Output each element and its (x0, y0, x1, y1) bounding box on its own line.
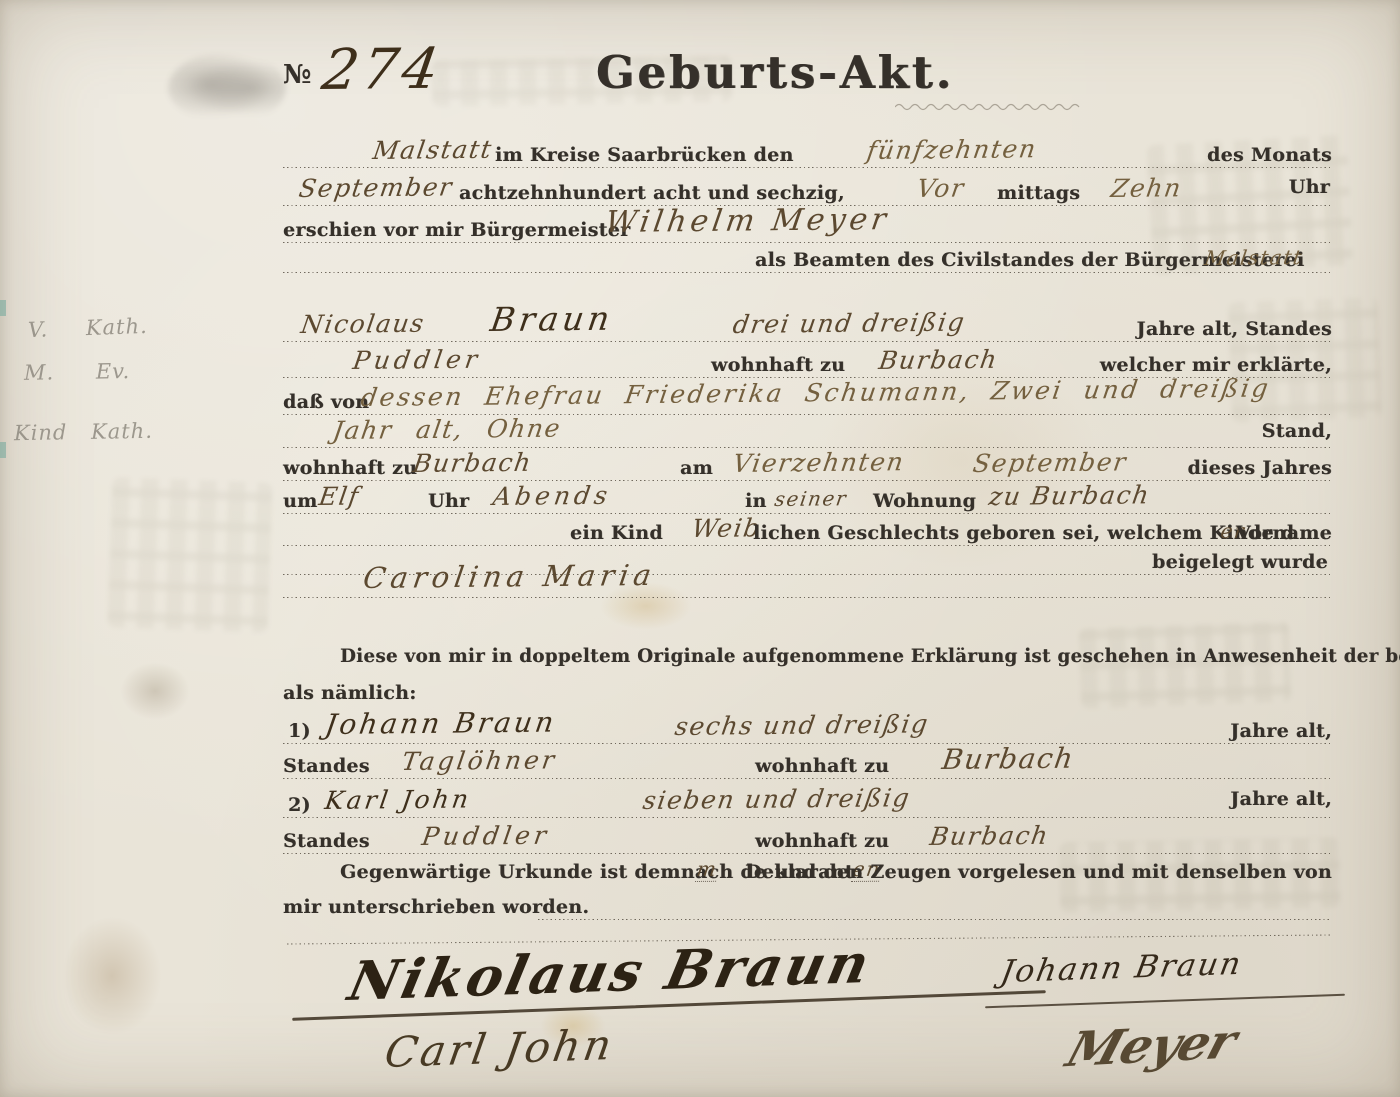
birth-line-1: wohnhaft zu Burbach am Vierzehnten Septe… (283, 449, 1332, 481)
closing-text-4: mir unterschrieben worden. (283, 896, 589, 918)
field-dwelling-place: zu Burbach (987, 480, 1152, 511)
label-wohnung: Wohnung (873, 490, 976, 512)
label-wohnhaft-zu-2: wohnhaft zu (283, 457, 417, 479)
field-witness2-residence: Burbach (928, 821, 1051, 851)
declarant-line-2: Puddler wohnhaft zu Burbach welcher mir … (283, 343, 1332, 378)
field-declarant-occupation: Puddler (351, 345, 483, 375)
dotted-rule (283, 512, 1332, 514)
child-sex-line: ein Kind Weib lichen Geschlechts geboren… (283, 515, 1332, 546)
dotted-rule (283, 340, 1332, 342)
field-birth-month: September (971, 447, 1129, 478)
field-witness2-name: Karl John (323, 784, 473, 815)
label-geschlechts: lichen Geschlechts geboren sei, welchem … (753, 522, 1294, 544)
label-dieses-jahres: dieses Jahres (1188, 457, 1333, 479)
label-mittags: mittags (997, 182, 1080, 204)
label-uhr: Uhr (1289, 176, 1330, 198)
witness1-number: 1) (288, 720, 311, 742)
label-erschien: erschien vor mir Bürgermeister (283, 219, 630, 241)
label-stand: Stand, (1262, 420, 1332, 442)
signature2-underline-stroke (985, 994, 1345, 1009)
stain-left (120, 662, 190, 720)
child-name-line: Carolina Maria (283, 570, 1332, 598)
field-witness1-residence: Burbach (940, 742, 1077, 776)
dotted-rule (283, 271, 1332, 273)
birth-line-2: um Elf Uhr Abends in seiner Wohnung zu B… (283, 482, 1332, 514)
label-am: am (680, 457, 713, 479)
closing-line-2: mir unterschrieben worden. (283, 889, 1332, 920)
label-wohnhaft-w1: wohnhaft zu (755, 755, 889, 777)
dotted-rule (283, 816, 1332, 818)
field-declarant-first-name: Nicolaus (299, 309, 427, 339)
dotted-rule (283, 596, 1332, 598)
field-witness1-name: Johann Braun (323, 706, 559, 741)
dotted-rule (283, 241, 1332, 243)
witness1-line-2: Standes Taglöhner wohnhaft zu Burbach (283, 745, 1332, 779)
opening-line-3: erschien vor mir Bürgermeister Wilhelm M… (283, 210, 1332, 243)
label-standes-w1: Standes (283, 755, 370, 777)
dotted-rule (283, 742, 1332, 744)
witness-intro-line-1: Diese von mir in doppeltem Originale auf… (283, 641, 1332, 669)
title-underline-squiggle (895, 102, 1085, 112)
dotted-rule (283, 479, 1332, 481)
signature-official: Meyer (1060, 1014, 1243, 1078)
label-wohnhaft-w2: wohnhaft zu (755, 830, 889, 852)
field-mother-name-age: dessen Ehefrau Friederika Schumann, Zwei… (359, 373, 1273, 412)
field-witness1-age: sechs und dreißig (673, 709, 931, 741)
opening-line-2: September achtzehnhundert acht und sechz… (283, 174, 1332, 206)
field-mother-age-stand: Jahr alt, Ohne (331, 414, 563, 445)
dotted-rule (283, 166, 1332, 168)
mother-line-2: Jahr alt, Ohne Stand, (283, 416, 1332, 448)
mother-line-1: daß von dessen Ehefrau Friederika Schuma… (283, 380, 1332, 415)
dotted-rule-partial (538, 918, 1332, 920)
field-record-day: fünfzehnten (865, 134, 1039, 165)
ink-smudge-top-left (168, 52, 286, 124)
declarant-line-1: Nicolaus Braun drei und dreißig Jahre al… (283, 306, 1332, 342)
field-child-name: Carolina Maria (361, 558, 658, 595)
label-wohnhaft-zu: wohnhaft zu (711, 354, 845, 376)
margin-note-father: V. Kath. (28, 314, 148, 342)
label-uhr-2: Uhr (428, 490, 469, 512)
label-ein-kind: ein Kind (570, 522, 663, 544)
field-municipality: Malstatt (1203, 245, 1305, 270)
closing-line-1: Gegenwärtige Urkunde ist demnach de m De… (283, 853, 1332, 885)
document-page: № 274 Geburts-Akt. V. Kath. M. Ev. Kind … (0, 0, 1400, 1097)
closing-text-3: und den Zeugen vorgelesen und mit densel… (775, 861, 1332, 883)
margin-note-mother: M. Ev. (24, 359, 131, 385)
signature-witness2: Carl John (381, 1020, 617, 1077)
scan-edge-mark-1 (0, 300, 6, 316)
witness2-line-2: Standes Puddler wohnhaft zu Burbach (283, 819, 1332, 854)
field-witness1-occupation: Taglöhner (400, 745, 559, 776)
label-vorname: Vorname (1236, 522, 1332, 544)
label-in: in (745, 490, 767, 512)
field-dwelling-whose: seiner (773, 486, 849, 511)
witness2-line-1: 2) Karl John sieben und dreißig Jahre al… (283, 784, 1332, 818)
field-record-hour: Zehn (1109, 173, 1184, 203)
stain-bottom-left (62, 916, 162, 1036)
label-year: achtzehnhundert acht und sechzig, (459, 182, 845, 204)
witness-intro-text-2: als nämlich: (283, 682, 417, 704)
opening-line-1: Malstatt im Kreise Saarbrücken den fünfz… (283, 136, 1332, 168)
label-des-monats: des Monats (1207, 144, 1332, 166)
field-closing-m: m (695, 857, 719, 882)
scan-edge-mark-2 (0, 442, 6, 458)
signature-witness1: Johann Braun (998, 946, 1245, 990)
field-birth-hour: Elf (317, 482, 362, 511)
witness2-number: 2) (288, 794, 311, 816)
field-witness2-occupation: Puddler (420, 821, 552, 851)
document-number-value: 274 (318, 37, 447, 103)
field-declarant-age: drei und dreißig (731, 308, 968, 339)
label-jahre-alt-w1: Jahre alt, (1230, 720, 1332, 742)
document-title: Geburts-Akt. (540, 46, 1010, 99)
opening-line-4: als Beamten des Civilstandes der Bürgerm… (283, 244, 1332, 273)
field-declarant-residence: Burbach (877, 345, 1000, 375)
margin-note-child: Kind Kath. (14, 419, 153, 445)
bleedthrough-ghost-left-mid (107, 477, 272, 632)
document-number-label: № (283, 60, 312, 90)
witness-intro-line-2: als nämlich: (283, 678, 1332, 706)
dotted-rule (283, 544, 1332, 546)
label-standes-w2: Standes (283, 830, 370, 852)
label-jahre-alt-w2: Jahre alt, (1230, 788, 1332, 810)
label-um: um (283, 490, 318, 512)
witness1-line-1: 1) Johann Braun sechs und dreißig Jahre … (283, 708, 1332, 744)
field-mother-residence: Burbach (411, 448, 534, 478)
witness-intro-text-1: Diese von mir in doppeltem Originale auf… (340, 646, 1400, 667)
label-dass-von: daß von (283, 391, 369, 413)
field-witness2-age: sieben und dreißig (641, 783, 913, 815)
field-daytime: Vor (915, 174, 967, 203)
label-kreis: im Kreise Saarbrücken den (495, 144, 794, 166)
field-declarant-last-name: Braun (488, 299, 616, 339)
field-birth-day: Vierzehnten (731, 447, 907, 478)
field-birth-time: Abends (491, 481, 613, 511)
label-jahre-standes: Jahre alt, Standes (1137, 318, 1332, 340)
field-mayor-name: Wilhelm Meyer (603, 202, 892, 240)
field-record-month: September (297, 172, 455, 203)
dotted-rule (283, 777, 1332, 779)
label-erklaerte: welcher mir erklärte, (1100, 354, 1332, 376)
field-record-place: Malstatt (371, 135, 495, 165)
